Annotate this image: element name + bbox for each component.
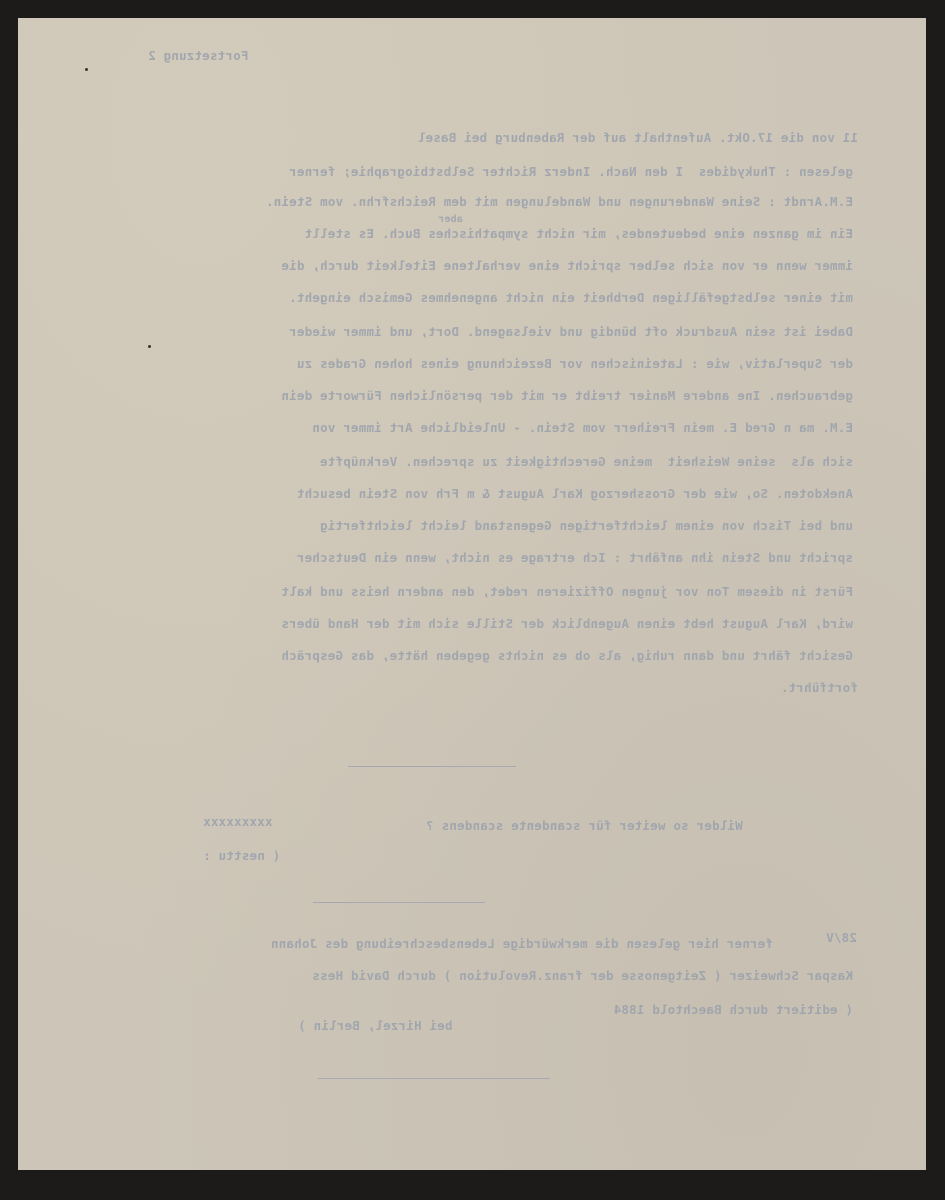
body-line: 11 von die 17.Okt. Aufenthalt auf der Ra… [238, 130, 858, 145]
footer-line: Kaspar Schweizer ( Zeitgenosse der franz… [53, 968, 853, 983]
body-line: gelesen : Thukydides I den Nach. Inderz … [53, 164, 853, 179]
body-line: E.M.Arndt : Seine Wanderungen und Wandel… [53, 194, 853, 209]
separator-rule [348, 766, 516, 767]
body-line: wird, Karl August hebt einen Augenblick … [53, 616, 853, 631]
separator-rule [318, 1078, 550, 1079]
middle-line-right: xxxxxxxxx [203, 814, 273, 829]
body-line: E.M. ma n Gred E. mein Freiherr vom Stei… [118, 420, 853, 435]
footer-line: ( editiert durch Baechtold 1884 [53, 1002, 853, 1017]
footer-line: bei Hirzel, Berlin ) [298, 1018, 453, 1033]
body-line: Dabei ist sein Ausdruck oft bündig und v… [53, 324, 853, 339]
body-line: Gesicht fährt und dann ruhig, als ob es … [53, 648, 853, 663]
ink-speck [85, 68, 88, 71]
middle-line-left: Wilder so weiter für scandente scandens … [426, 818, 743, 833]
body-line-insert: aber [438, 214, 463, 225]
footer-line: ferner hier gelesen die merkwürdige Lebe… [53, 936, 773, 951]
margin-note: 28/V [826, 930, 857, 945]
body-line: spricht und Stein ihn anfährt : Ich ertr… [53, 550, 853, 565]
document-page: Fortsetzung 2 11 von die 17.Okt. Aufenth… [18, 18, 926, 1170]
body-line: sich als seine Weisheit meine Gerechtigk… [53, 454, 853, 469]
ink-speck [148, 345, 151, 348]
body-line: fortführt. [778, 680, 858, 695]
body-line: immer wenn er von sich selber spricht ei… [53, 258, 853, 273]
separator-rule [313, 902, 485, 903]
middle-line-2: ( nesttu : [203, 848, 280, 863]
body-line: Anekdoten. So, wie der Grossherzog Karl … [53, 486, 853, 501]
body-line: und bei Tisch von einem leichtfertigen G… [53, 518, 853, 533]
body-line: Ein im ganzen eine bedeutendes, mir nich… [53, 226, 853, 241]
page-header: Fortsetzung 2 [148, 48, 248, 63]
body-line: Fürst in diesem Ton vor jungen Offiziere… [53, 584, 853, 599]
body-line: gebrauchen. Ine andere Manier treibt er … [53, 388, 853, 403]
body-line: der Superlativ, wie : Lateinischen vor B… [53, 356, 853, 371]
body-line: mit einer selbstgefälligen Derbheit ein … [53, 290, 853, 305]
